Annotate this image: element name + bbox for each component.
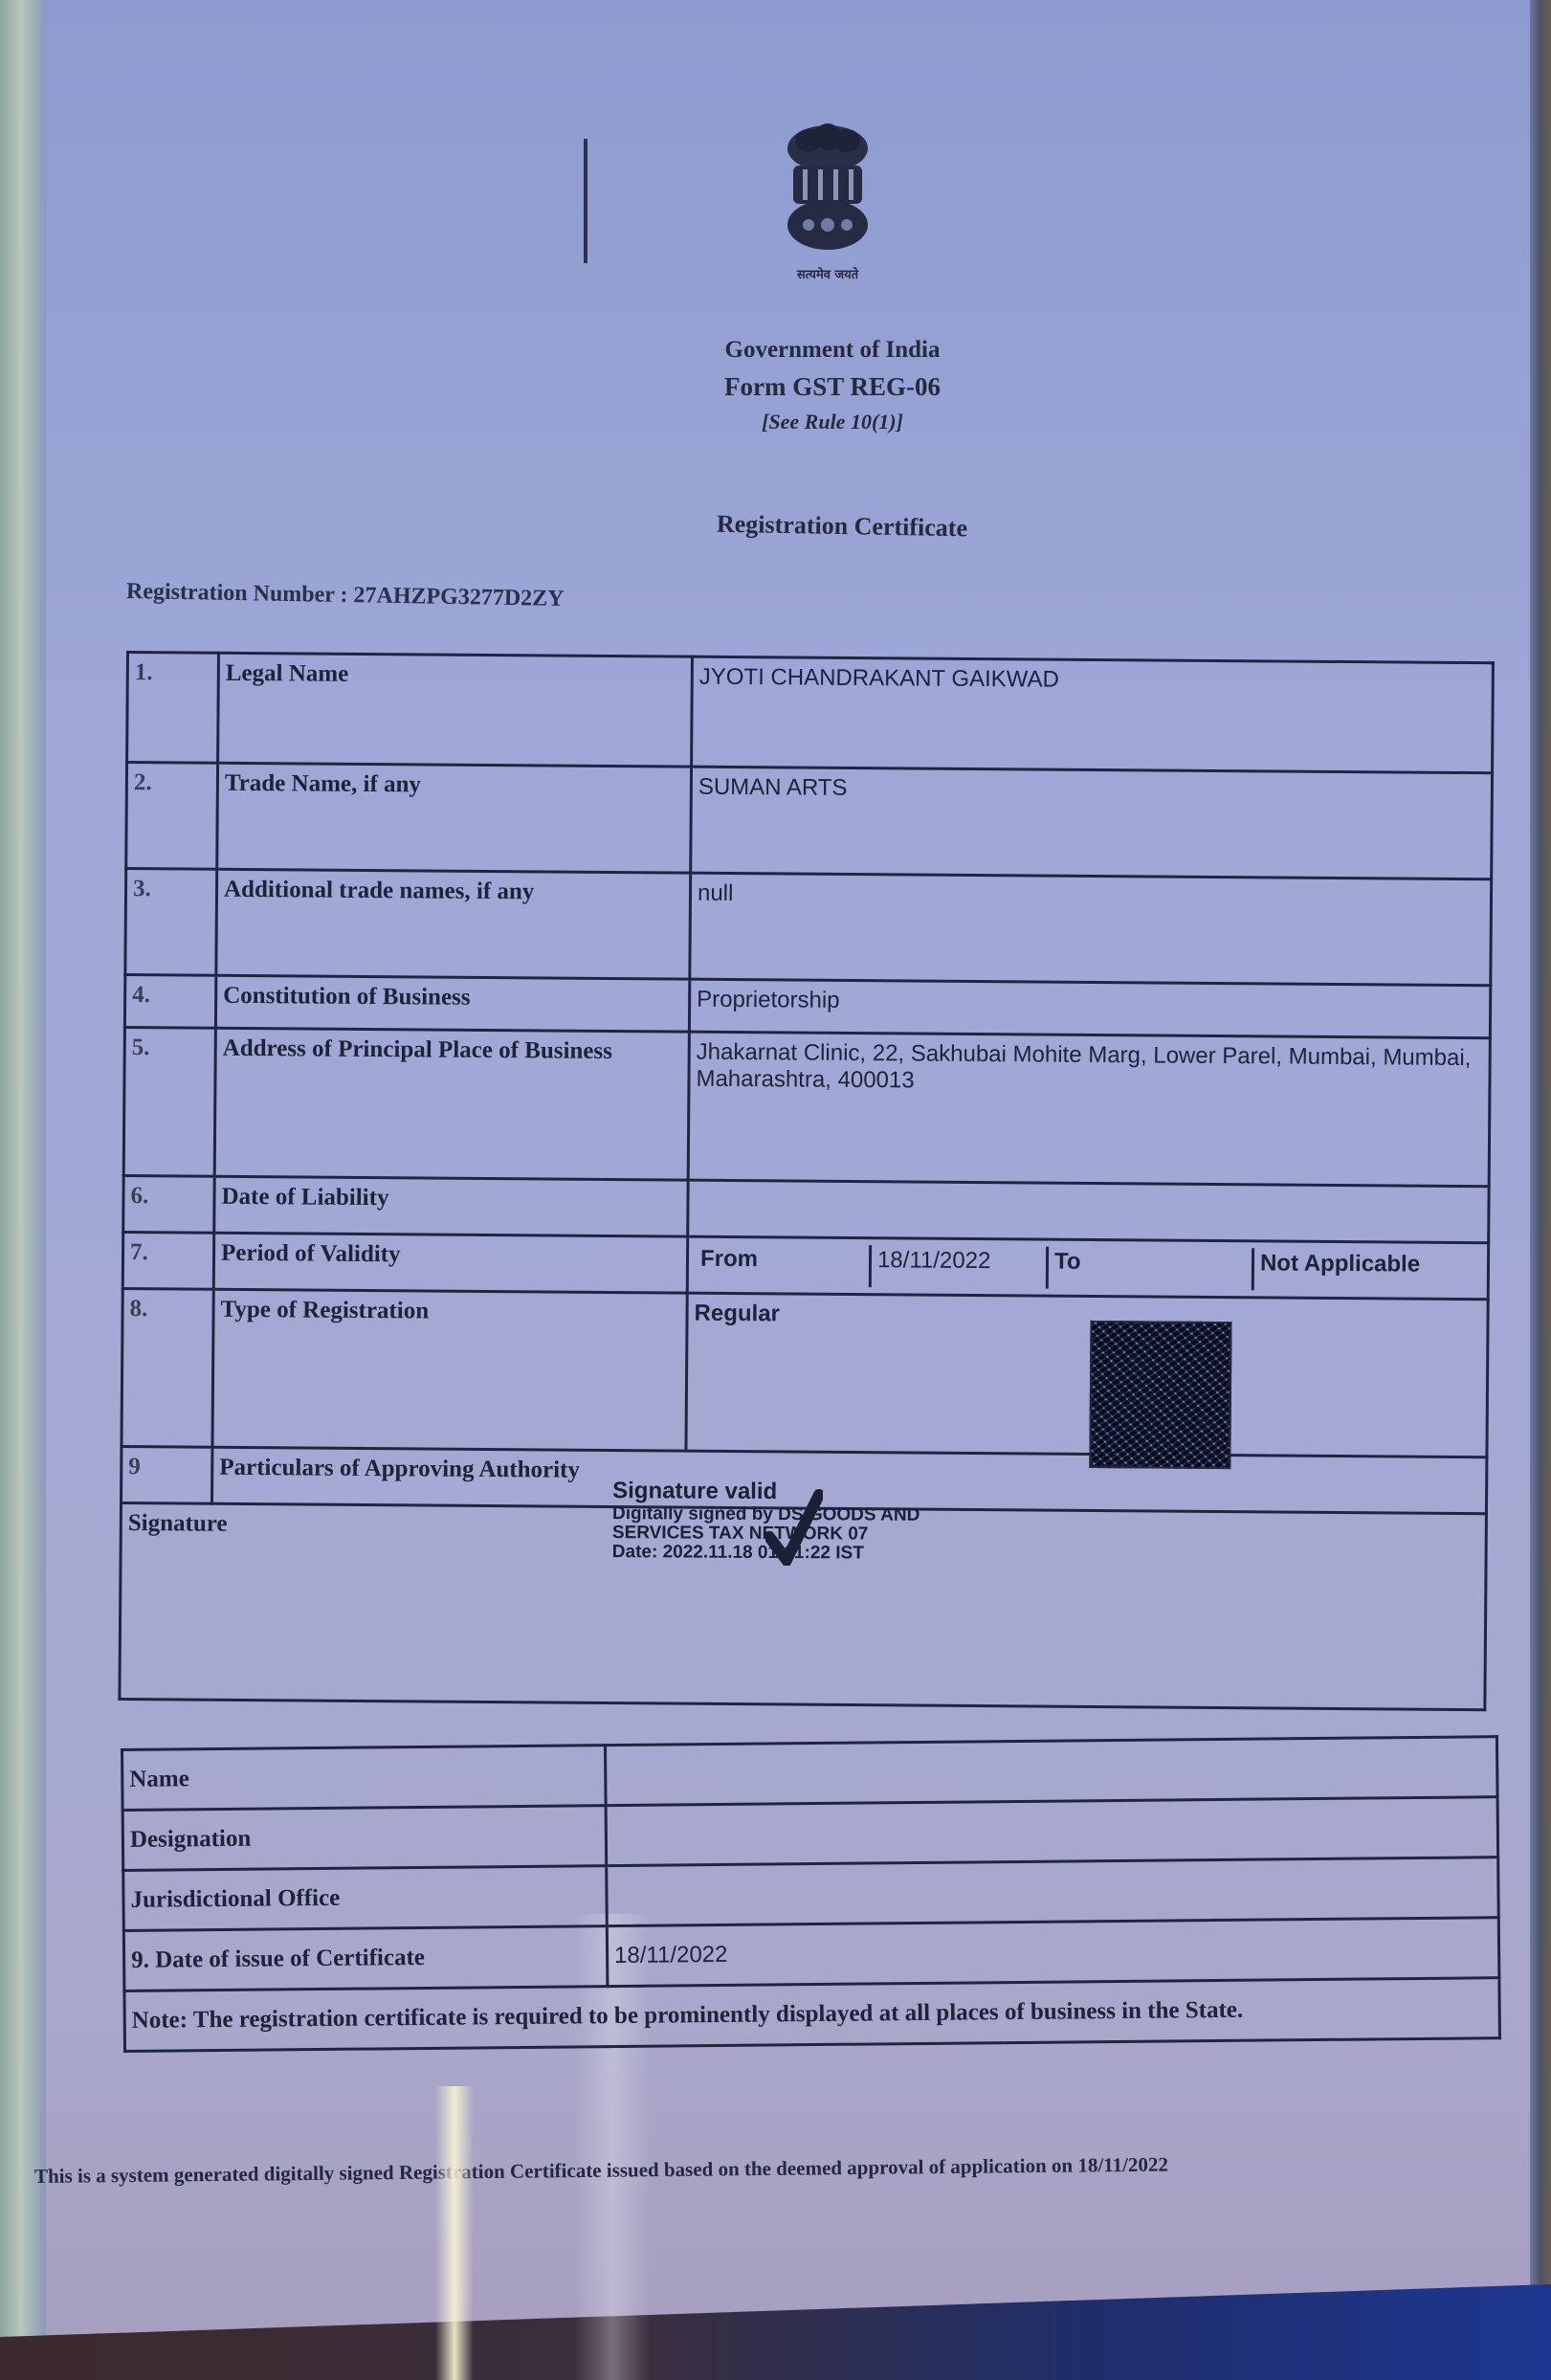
date-of-liability-value <box>688 1180 1489 1243</box>
table-row: 6. Date of Liability <box>123 1175 1489 1242</box>
qr-code <box>1089 1321 1231 1469</box>
authority-designation-label: Designation <box>122 1806 607 1871</box>
government-name: Government of India <box>660 333 1005 367</box>
photo-frame-left-edge <box>0 0 46 2380</box>
crease-mark <box>584 139 587 263</box>
light-glare <box>435 2086 474 2380</box>
national-emblem: सत्यमेव जयते <box>775 120 880 292</box>
address-value: Jhakarnat Clinic, 22, Sakhubai Mohite Ma… <box>688 1032 1490 1187</box>
form-name: Form GST REG-06 <box>660 367 1005 406</box>
registration-number-value: 27AHZPG3277D2ZY <box>353 583 564 612</box>
registration-type-value: Regular <box>694 1301 780 1327</box>
row-number: 7. <box>122 1232 213 1289</box>
validity-from-label: From <box>695 1244 872 1287</box>
jurisdictional-office-value <box>607 1857 1499 1926</box>
certificate-title: Registration Certificate <box>670 509 1014 544</box>
validity-to-label: To <box>1049 1247 1254 1291</box>
table-row: 7. Period of Validity From 18/11/2022 To… <box>122 1232 1488 1299</box>
table-row: Note: The registration certificate is re… <box>124 1978 1500 2052</box>
authority-details-table: Name Designation Jurisdictional Office 9… <box>121 1735 1501 2053</box>
validity-to-date: Not Applicable <box>1254 1248 1481 1292</box>
constitution-label: Constitution of Business <box>215 975 689 1032</box>
registration-number-label: Registration Number : <box>126 579 348 608</box>
row-number: 4. <box>124 975 215 1029</box>
table-row: 3. Additional trade names, if any null <box>125 869 1492 986</box>
photo-frame-right-edge <box>1530 0 1551 2380</box>
address-label: Address of Principal Place of Business <box>214 1028 689 1180</box>
issue-date-value: 18/11/2022 <box>607 1918 1499 1987</box>
row-number: 6. <box>123 1175 214 1233</box>
jurisdictional-office-label: Jurisdictional Office <box>123 1866 608 1931</box>
table-row: 5. Address of Principal Place of Busines… <box>123 1027 1490 1186</box>
authority-name-value <box>605 1737 1497 1806</box>
period-of-validity-value: From 18/11/2022 To Not Applicable <box>687 1236 1488 1300</box>
table-row: 2. Trade Name, if any SUMAN ARTS <box>126 763 1493 879</box>
validity-from-date: 18/11/2022 <box>872 1245 1049 1288</box>
row-number: 8. <box>122 1288 213 1447</box>
additional-trade-names-value: null <box>690 873 1492 986</box>
registration-type-label: Type of Registration <box>212 1289 687 1451</box>
rule-reference: [See Rule 10(1)] <box>660 406 1005 438</box>
row-number: 1. <box>127 653 219 764</box>
authority-designation-value <box>606 1797 1498 1866</box>
row-number: 5. <box>123 1027 215 1176</box>
row-number: 2. <box>126 763 218 870</box>
row-number: 3. <box>125 869 217 976</box>
table-row: 1. Legal Name JYOTI CHANDRAKANT GAIKWAD <box>127 653 1494 773</box>
row-number: 9 <box>122 1446 212 1503</box>
constitution-value: Proprietorship <box>689 979 1490 1038</box>
authority-name-label: Name <box>122 1746 607 1811</box>
table-row: 8. Type of Registration Regular <box>122 1288 1488 1457</box>
trade-name-value: SUMAN ARTS <box>691 767 1493 879</box>
registration-type-cell: Regular <box>686 1293 1488 1457</box>
period-of-validity-label: Period of Validity <box>213 1233 687 1293</box>
legal-name-value: JYOTI CHANDRAKANT GAIKWAD <box>692 656 1494 773</box>
ashoka-emblem-icon <box>780 120 875 263</box>
checkmark-icon <box>765 1489 823 1566</box>
issue-date-label: 9. Date of issue of Certificate <box>123 1926 608 1991</box>
trade-name-label: Trade Name, if any <box>217 763 692 873</box>
date-of-liability-label: Date of Liability <box>214 1176 688 1236</box>
document-header: Government of India Form GST REG-06 [See… <box>660 333 1005 438</box>
emblem-motto: सत्यमेव जयते <box>797 265 858 282</box>
display-note: Note: The registration certificate is re… <box>124 1978 1500 2052</box>
legal-name-label: Legal Name <box>218 653 693 767</box>
additional-trade-names-label: Additional trade names, if any <box>216 869 691 979</box>
